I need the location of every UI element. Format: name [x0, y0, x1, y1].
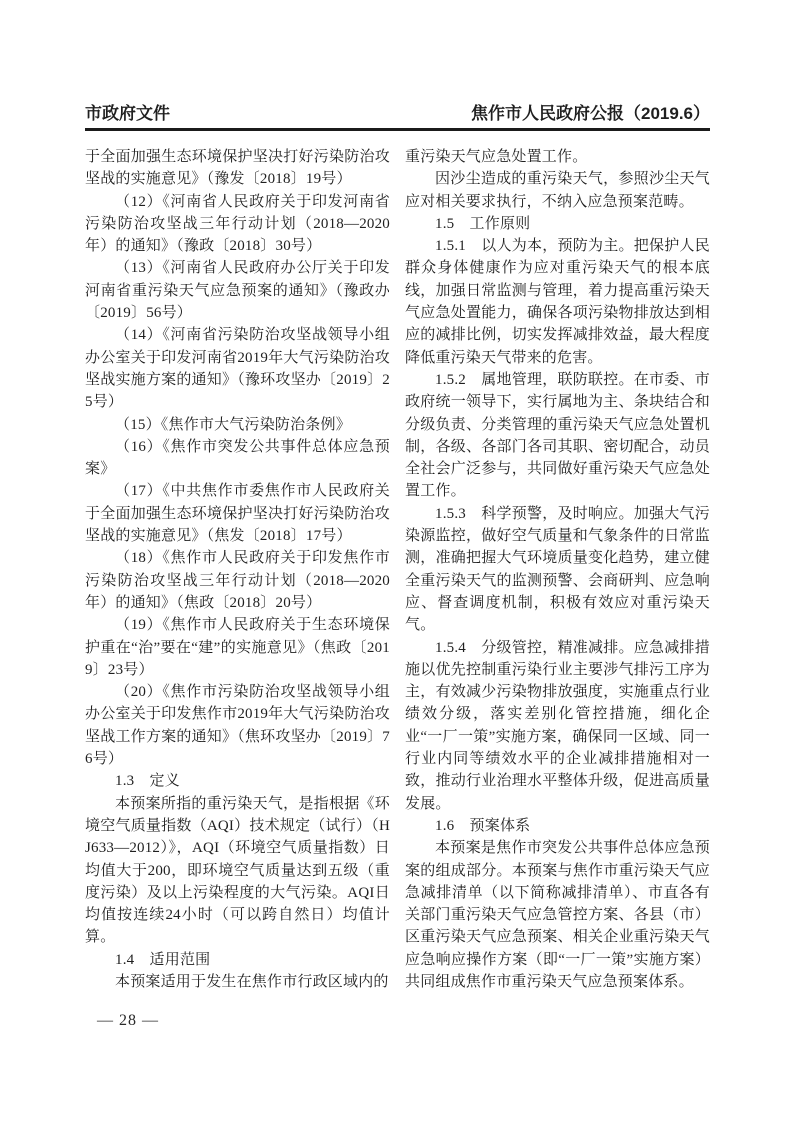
body-paragraph: 1.5.2 属地管理，联防联控。在市委、市政府统一领导下，实行属地为主、条块结合…: [405, 369, 710, 503]
body-paragraph: 因沙尘造成的重污染天气，参照沙尘天气应对相关要求执行，不纳入应急预案范畴。: [405, 168, 710, 213]
body-paragraph: （20）《焦作市污染防治攻坚战领导小组办公室关于印发焦作市2019年大气污染防治…: [85, 681, 390, 770]
header-gazette-title: 焦作市人民政府公报（2019.6）: [471, 103, 710, 125]
header-section-label: 市政府文件: [85, 103, 170, 125]
body-paragraph: 本预案是焦作市突发公共事件总体应急预案的组成部分。本预案与焦作市重污染天气应急减…: [405, 837, 710, 993]
body-paragraph: 重污染天气应急处置工作。: [405, 146, 710, 168]
section-heading: 1.6 预案体系: [405, 815, 710, 837]
header-divider: [85, 128, 710, 131]
left-column: 于全面加强生态环境保护坚决打好污染防治攻坚战的实施意见》（豫发〔2018〕19号…: [85, 146, 390, 993]
body-paragraph: （13）《河南省人民政府办公厅关于印发河南省重污染天气应急预案的通知》（豫政办〔…: [85, 257, 390, 324]
page-header: 市政府文件 焦作市人民政府公报（2019.6）: [85, 103, 710, 125]
body-paragraph: （14）《河南省污染防治攻坚战领导小组办公室关于印发河南省2019年大气污染防治…: [85, 324, 390, 413]
body-paragraph: 1.5.1 以人为本，预防为主。把保护人民群众身体健康作为应对重污染天气的根本底…: [405, 235, 710, 369]
section-heading: 1.3 定义: [85, 770, 390, 792]
body-paragraph: （18）《焦作市人民政府关于印发焦作市污染防治攻坚战三年行动计划（2018—20…: [85, 547, 390, 614]
body-paragraph: 1.5.4 分级管控，精准减排。应急减排措施以优先控制重污染行业主要涉气排污工序…: [405, 637, 710, 815]
body-paragraph: （17）《中共焦作市委焦作市人民政府关于全面加强生态环境保护坚决打好污染防治攻坚…: [85, 480, 390, 547]
body-paragraph: （12）《河南省人民政府关于印发河南省污染防治攻坚战三年行动计划（2018—20…: [85, 191, 390, 258]
body-paragraph: （19）《焦作市人民政府关于生态环境保护重在“治”要在“建”的实施意见》（焦政〔…: [85, 614, 390, 681]
right-column: 重污染天气应急处置工作。因沙尘造成的重污染天气，参照沙尘天气应对相关要求执行，不…: [405, 146, 710, 993]
body-paragraph: （15）《焦作市大气污染防治条例》: [85, 414, 390, 436]
text-columns: 于全面加强生态环境保护坚决打好污染防治攻坚战的实施意见》（豫发〔2018〕19号…: [85, 146, 710, 993]
body-paragraph: 本预案适用于发生在焦作市行政区域内的: [85, 971, 390, 993]
section-heading: 1.4 适用范围: [85, 949, 390, 971]
page-number: — 28 —: [97, 1012, 159, 1030]
document-page: 市政府文件 焦作市人民政府公报（2019.6） 于全面加强生态环境保护坚决打好污…: [0, 0, 793, 1122]
body-paragraph: （16）《焦作市突发公共事件总体应急预案》: [85, 436, 390, 481]
body-paragraph: 本预案所指的重污染天气，是指根据《环境空气质量指数（AQI）技术规定（试行）（H…: [85, 793, 390, 949]
section-heading: 1.5 工作原则: [405, 213, 710, 235]
body-paragraph: 于全面加强生态环境保护坚决打好污染防治攻坚战的实施意见》（豫发〔2018〕19号…: [85, 146, 390, 191]
body-paragraph: 1.5.3 科学预警，及时响应。加强大气污染源监控，做好空气质量和气象条件的日常…: [405, 503, 710, 637]
